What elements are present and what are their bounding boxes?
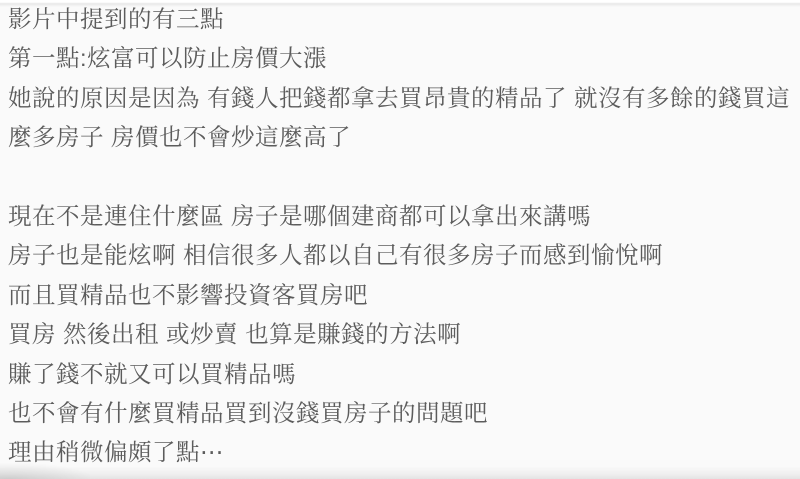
text-line: 她說的原因是因為 有錢人把錢都拿去買昂貴的精品了 就沒有多餘的錢買這: [8, 79, 794, 118]
comment-page: 影片中提到的有三點第一點:炫富可以防止房價大漲她說的原因是因為 有錢人把錢都拿去…: [0, 0, 800, 479]
text-line: 也不會有什麼買精品買到沒錢買房子的問題吧: [8, 394, 794, 433]
blank-line: [8, 158, 794, 197]
comment-text-block: 影片中提到的有三點第一點:炫富可以防止房價大漲她說的原因是因為 有錢人把錢都拿去…: [8, 0, 794, 473]
text-line: 現在不是連住什麼區 房子是哪個建商都可以拿出來講嗎: [8, 197, 794, 236]
text-line: 麼多房子 房價也不會炒這麼高了: [8, 118, 794, 157]
text-line: 賺了錢不就又可以買精品嗎: [8, 355, 794, 394]
text-line: 第一點:炫富可以防止房價大漲: [8, 39, 794, 78]
text-line: 買房 然後出租 或炒賣 也算是賺錢的方法啊: [8, 315, 794, 354]
text-line: 影片中提到的有三點: [8, 0, 794, 39]
text-line: 房子也是能炫啊 相信很多人都以自己有很多房子而感到愉悅啊: [8, 236, 794, 275]
text-line: 而且買精品也不影響投資客買房吧: [8, 276, 794, 315]
bottom-edge-shadow: [0, 466, 800, 479]
